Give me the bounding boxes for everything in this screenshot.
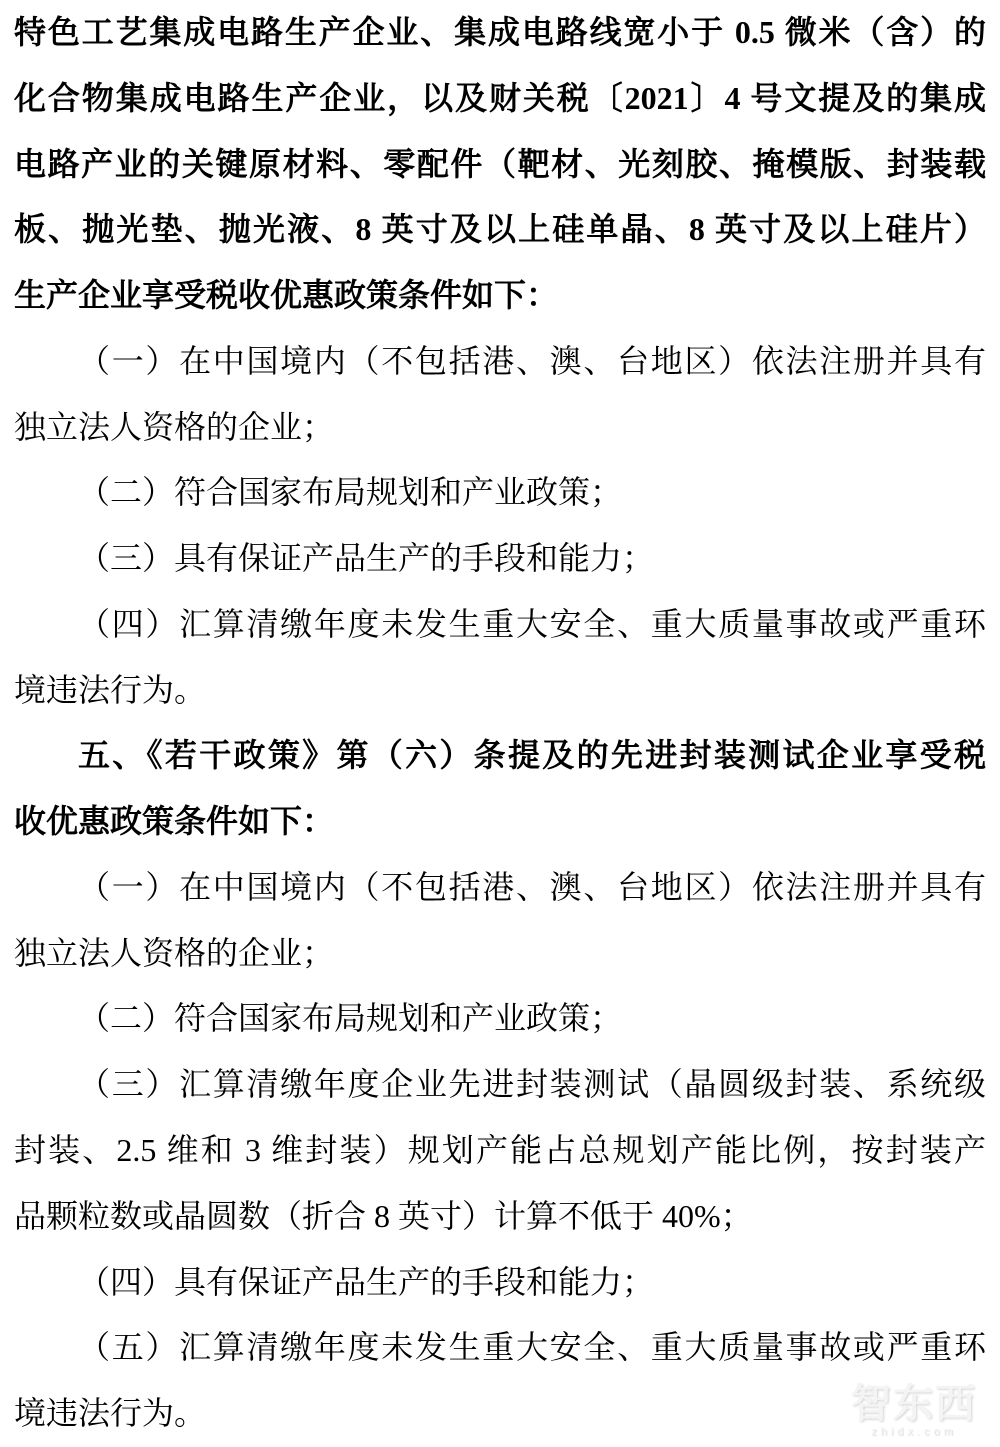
text-line: 独立法人资格的企业； [14, 921, 986, 987]
text-line: （二）符合国家布局规划和产业政策； [14, 460, 986, 526]
text-line: （一）在中国境内（不包括港、澳、台地区）依法注册并具有 [14, 855, 986, 921]
text-line: 五、《若干政策》第（六）条提及的先进封装测试企业享受税 [14, 723, 986, 789]
text-line: 生产企业享受税收优惠政策条件如下： [14, 263, 986, 329]
text-line: （三）具有保证产品生产的手段和能力； [14, 526, 986, 592]
text-line: 特色工艺集成电路生产企业、集成电路线宽小于 0.5 微米（含）的 [14, 0, 986, 66]
text-line: 境违法行为。 [14, 658, 986, 724]
text-line: 品颗粒数或晶圆数（折合 8 英寸）计算不低于 40%； [14, 1184, 986, 1250]
text-line: 封装、2.5 维和 3 维封装）规划产能占总规划产能比例，按封装产 [14, 1118, 986, 1184]
text-line: （四）汇算清缴年度未发生重大安全、重大质量事故或严重环 [14, 592, 986, 658]
watermark-logo: 智东西 [844, 1382, 984, 1426]
document-body: 特色工艺集成电路生产企业、集成电路线宽小于 0.5 微米（含）的化合物集成电路生… [14, 0, 986, 1447]
text-line: （二）符合国家布局规划和产业政策； [14, 986, 986, 1052]
text-line: （四）具有保证产品生产的手段和能力； [14, 1250, 986, 1316]
text-line: 板、抛光垫、抛光液、8 英寸及以上硅单晶、8 英寸及以上硅片） [14, 197, 986, 263]
text-line: 收优惠政策条件如下： [14, 789, 986, 855]
watermark: 智东西 zhidx.com [844, 1382, 984, 1439]
document-page: 特色工艺集成电路生产企业、集成电路线宽小于 0.5 微米（含）的化合物集成电路生… [0, 0, 1000, 1447]
text-line: 电路产业的关键原材料、零配件（靶材、光刻胶、掩模版、封装载 [14, 132, 986, 198]
text-line: 境违法行为。 [14, 1381, 986, 1447]
watermark-domain: zhidx.com [844, 1426, 984, 1439]
text-line: （三）汇算清缴年度企业先进封装测试（晶圆级封装、系统级 [14, 1052, 986, 1118]
text-line: 化合物集成电路生产企业，以及财关税〔2021〕4 号文提及的集成 [14, 66, 986, 132]
text-line: （五）汇算清缴年度未发生重大安全、重大质量事故或严重环 [14, 1315, 986, 1381]
text-line: 独立法人资格的企业； [14, 395, 986, 461]
text-line: （一）在中国境内（不包括港、澳、台地区）依法注册并具有 [14, 329, 986, 395]
